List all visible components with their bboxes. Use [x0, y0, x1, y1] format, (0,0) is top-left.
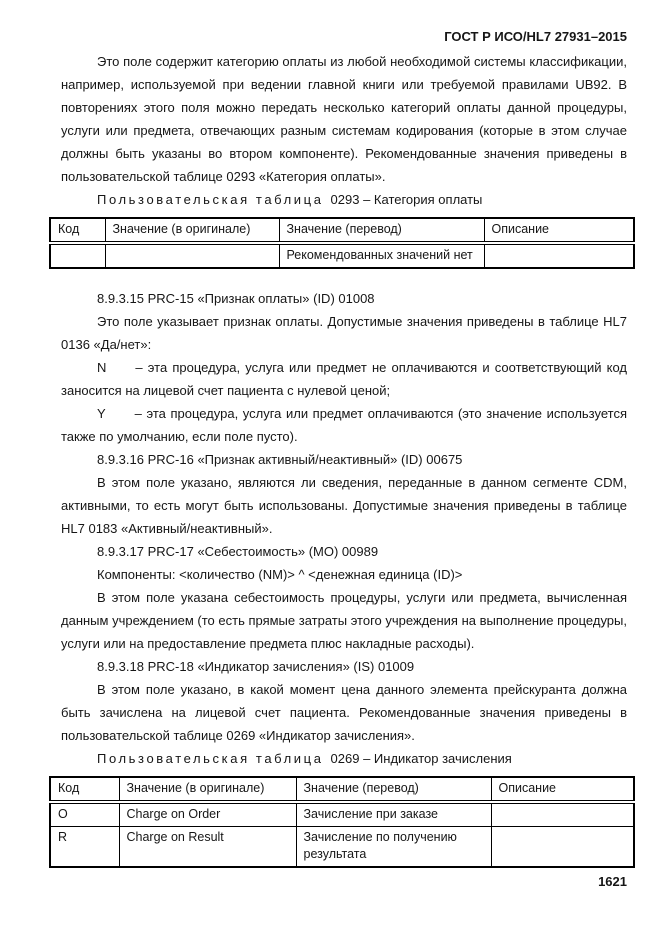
table-row-charge-on-result: R Charge on Result Зачисление по получен… [50, 827, 634, 868]
paragraph-prc17: В этом поле указана себестоимость процед… [61, 586, 627, 655]
column-header-value-original: Значение (в оригинале) [119, 777, 296, 802]
table-cell-value-translated: Зачисление при заказе [296, 802, 491, 827]
table-cell-value-original: Charge on Order [119, 802, 296, 827]
table-cell-code: R [50, 827, 119, 868]
table-cell-description [484, 243, 634, 268]
table-row-charge-on-order: O Charge on Order Зачисление при заказе [50, 802, 634, 827]
column-header-value-original: Значение (в оригинале) [105, 218, 279, 243]
table-0269-header-row: Код Значение (в оригинале) Значение (пер… [50, 777, 634, 802]
table-0269-caption: Пользовательская таблица0269 – Индикатор… [61, 747, 627, 770]
column-header-value-translated: Значение (перевод) [296, 777, 491, 802]
user-table-0293: Код Значение (в оригинале) Значение (пер… [49, 217, 635, 269]
list-item-code: Y [97, 406, 106, 421]
table-0293-caption-label: Пользовательская таблица [97, 192, 324, 207]
table-0293-caption-title: 0293 – Категория оплаты [331, 192, 483, 207]
list-item-code: N [97, 360, 106, 375]
list-item-text: – эта процедура, услуга или предмет опла… [61, 406, 627, 444]
table-cell-value-original: Charge on Result [119, 827, 296, 868]
section-heading-prc17: 8.9.3.17 PRC-17 «Себестоимость» (MO) 009… [61, 540, 627, 563]
table-cell-value-translated: Рекомендованных значений нет [279, 243, 484, 268]
document-header-standard-number: ГОСТ Р ИСО/HL7 27931–2015 [0, 28, 627, 46]
table-0293-header-row: Код Значение (в оригинале) Значение (пер… [50, 218, 634, 243]
paragraph-prc18: В этом поле указано, в какой момент цена… [61, 678, 627, 747]
column-header-value-translated: Значение (перевод) [279, 218, 484, 243]
table-0293-caption: Пользовательская таблица0293 – Категория… [61, 188, 627, 211]
document-body-top: Это поле содержит категорию оплаты из лю… [61, 50, 627, 211]
section-heading-prc15: 8.9.3.15 PRC-15 «Признак оплаты» (ID) 01… [61, 287, 627, 310]
table-0269-caption-label: Пользовательская таблица [97, 751, 324, 766]
user-table-0269: Код Значение (в оригинале) Значение (пер… [49, 776, 635, 868]
table-cell-description [491, 827, 634, 868]
page-number: 1621 [0, 873, 627, 891]
column-header-code: Код [50, 777, 119, 802]
paragraph-prc15: Это поле указывает признак оплаты. Допус… [61, 310, 627, 356]
table-cell-value-translated: Зачисление по получению результата [296, 827, 491, 868]
paragraph-prc17-components: Компоненты: <количество (NM)> ^ <денежна… [61, 563, 627, 586]
section-heading-prc16: 8.9.3.16 PRC-16 «Признак активный/неакти… [61, 448, 627, 471]
table-0269-caption-title: 0269 – Индикатор зачисления [331, 751, 512, 766]
paragraph-charge-category: Это поле содержит категорию оплаты из лю… [61, 50, 627, 188]
column-header-description: Описание [491, 777, 634, 802]
column-header-description: Описание [484, 218, 634, 243]
table-row: Рекомендованных значений нет [50, 243, 634, 268]
paragraph-prc16: В этом поле указано, являются ли сведени… [61, 471, 627, 540]
list-item-n: N– эта процедура, услуга или предмет не … [61, 356, 627, 402]
table-cell-value-original [105, 243, 279, 268]
section-heading-prc18: 8.9.3.18 PRC-18 «Индикатор зачисления» (… [61, 655, 627, 678]
document-body-sections: 8.9.3.15 PRC-15 «Признак оплаты» (ID) 01… [61, 287, 627, 770]
table-cell-code [50, 243, 105, 268]
list-item-text: – эта процедура, услуга или предмет не о… [61, 360, 627, 398]
table-cell-code: O [50, 802, 119, 827]
list-item-y: Y– эта процедура, услуга или предмет опл… [61, 402, 627, 448]
table-cell-description [491, 802, 634, 827]
column-header-code: Код [50, 218, 105, 243]
document-page: { "page": { "header": "ГОСТ Р ИСО/HL7 27… [0, 0, 661, 935]
